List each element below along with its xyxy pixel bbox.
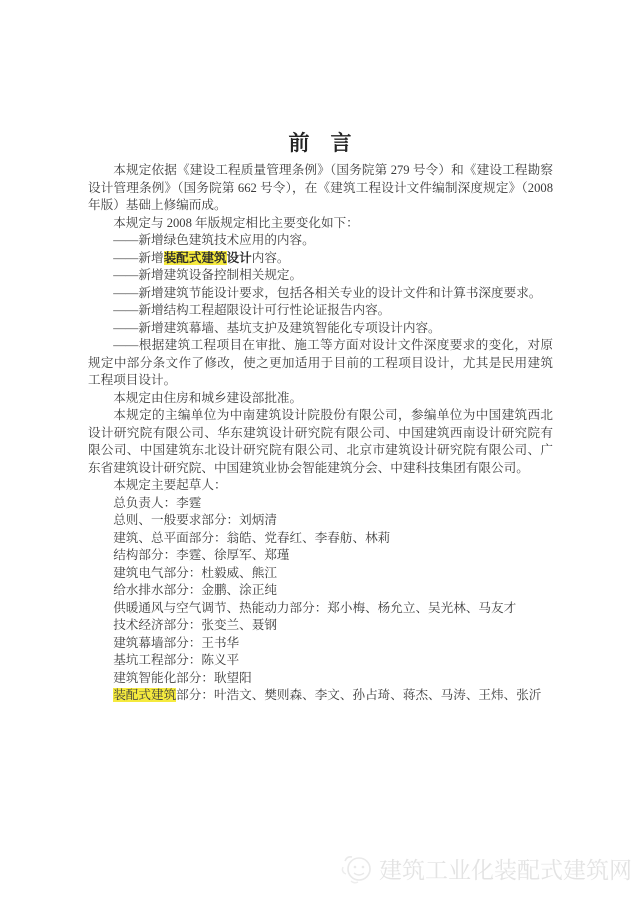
text-segment: 总则、一般要求部分：刘炳清 xyxy=(113,513,277,527)
paragraph: ——新增绿色建筑技术应用的内容。 xyxy=(88,232,553,250)
text-segment: 技术经济部分：张变兰、聂钢 xyxy=(113,618,277,632)
document-body: 本规定依据《建设工程质量管理条例》（国务院第 279 号令）和《建设工程勘察设计… xyxy=(88,162,553,705)
watermark: 建筑工业化装配式建筑网 xyxy=(339,851,632,885)
text-segment: ——新增 xyxy=(113,251,163,265)
text-segment: ——新增建筑幕墙、基坑支护及建筑智能化专项设计内容。 xyxy=(113,321,440,335)
text-segment: 建筑幕墙部分：王书华 xyxy=(113,636,239,650)
text-segment: 结构部分：李霆、徐厚军、郑瑾 xyxy=(113,548,289,562)
text-segment: 部分：叶浩文、樊则森、李文、孙占琦、蒋杰、马涛、王炜、张沂 xyxy=(176,688,541,702)
paragraph: 建筑幕墙部分：王书华 xyxy=(88,635,553,653)
paragraph: 总则、一般要求部分：刘炳清 xyxy=(88,512,553,530)
paragraph: 结构部分：李霆、徐厚军、郑瑾 xyxy=(88,547,553,565)
page-title: 前 言 xyxy=(0,127,640,157)
document-page: 前 言 本规定依据《建设工程质量管理条例》（国务院第 279 号令）和《建设工程… xyxy=(0,0,640,905)
paragraph: 本规定由住房和城乡建设部批准。 xyxy=(88,390,553,408)
text-segment: 本规定与 2008 年版规定相比主要变化如下： xyxy=(113,216,359,230)
text-segment: 本规定由住房和城乡建设部批准。 xyxy=(113,391,302,405)
text-segment: ——新增建筑设备控制相关规定。 xyxy=(113,268,302,282)
highlighted-text: 装配式建筑 xyxy=(113,688,176,702)
paragraph: 建筑、总平面部分：翁皓、党春红、李春舫、林莉 xyxy=(88,530,553,548)
text-segment: 建筑智能化部分：耿望阳 xyxy=(113,671,252,685)
watermark-logo-icon xyxy=(339,851,375,885)
text-segment: 给水排水部分：金鹏、涂正纯 xyxy=(113,583,277,597)
paragraph: 装配式建筑部分：叶浩文、樊则森、李文、孙占琦、蒋杰、马涛、王炜、张沂 xyxy=(88,687,553,705)
text-segment: 本规定主要起草人： xyxy=(113,478,226,492)
text-segment: 总负责人：李霆 xyxy=(113,496,201,510)
text-segment: ——新增绿色建筑技术应用的内容。 xyxy=(113,233,315,247)
text-segment: 供暖通风与空气调节、热能动力部分：郑小梅、杨允立、吴光林、马友才 xyxy=(113,601,516,615)
text-segment: 设计 xyxy=(227,251,252,265)
paragraph: 建筑智能化部分：耿望阳 xyxy=(88,670,553,688)
paragraph: 本规定的主编单位为中南建筑设计院股份有限公司，参编单位为中国建筑西北设计研究院有… xyxy=(88,407,553,477)
text-segment: ——新增建筑节能设计要求，包括各相关专业的设计文件和计算书深度要求。 xyxy=(113,286,541,300)
text-segment: 建筑电气部分：杜毅威、熊江 xyxy=(113,566,277,580)
text-segment: 内容。 xyxy=(252,251,290,265)
paragraph: 建筑电气部分：杜毅威、熊江 xyxy=(88,565,553,583)
paragraph: 本规定与 2008 年版规定相比主要变化如下： xyxy=(88,215,553,233)
text-segment: 本规定依据《建设工程质量管理条例》（国务院第 279 号令）和《建设工程勘察设计… xyxy=(88,163,553,212)
paragraph: 本规定主要起草人： xyxy=(88,477,553,495)
paragraph: ——新增建筑幕墙、基坑支护及建筑智能化专项设计内容。 xyxy=(88,320,553,338)
paragraph: 基坑工程部分：陈义平 xyxy=(88,652,553,670)
paragraph: 技术经济部分：张变兰、聂钢 xyxy=(88,617,553,635)
paragraph: 本规定依据《建设工程质量管理条例》（国务院第 279 号令）和《建设工程勘察设计… xyxy=(88,162,553,215)
text-segment: ——新增结构工程超限设计可行性论证报告内容。 xyxy=(113,303,390,317)
paragraph: ——根据建筑工程项目在审批、施工等方面对设计文件深度要求的变化，对原规定中部分条… xyxy=(88,337,553,390)
watermark-text: 建筑工业化装配式建筑网 xyxy=(379,852,632,885)
paragraph: ——新增结构工程超限设计可行性论证报告内容。 xyxy=(88,302,553,320)
text-segment: 本规定的主编单位为中南建筑设计院股份有限公司，参编单位为中国建筑西北设计研究院有… xyxy=(88,408,553,475)
paragraph: ——新增装配式建筑设计内容。 xyxy=(88,250,553,268)
text-segment: ——根据建筑工程项目在审批、施工等方面对设计文件深度要求的变化，对原规定中部分条… xyxy=(88,338,553,387)
text-segment: 基坑工程部分：陈义平 xyxy=(113,653,239,667)
paragraph: ——新增建筑设备控制相关规定。 xyxy=(88,267,553,285)
paragraph: 总负责人：李霆 xyxy=(88,495,553,513)
paragraph: 给水排水部分：金鹏、涂正纯 xyxy=(88,582,553,600)
paragraph: 供暖通风与空气调节、热能动力部分：郑小梅、杨允立、吴光林、马友才 xyxy=(88,600,553,618)
paragraph: ——新增建筑节能设计要求，包括各相关专业的设计文件和计算书深度要求。 xyxy=(88,285,553,303)
highlighted-text: 装配式建筑 xyxy=(164,251,227,265)
text-segment: 建筑、总平面部分：翁皓、党春红、李春舫、林莉 xyxy=(113,531,390,545)
